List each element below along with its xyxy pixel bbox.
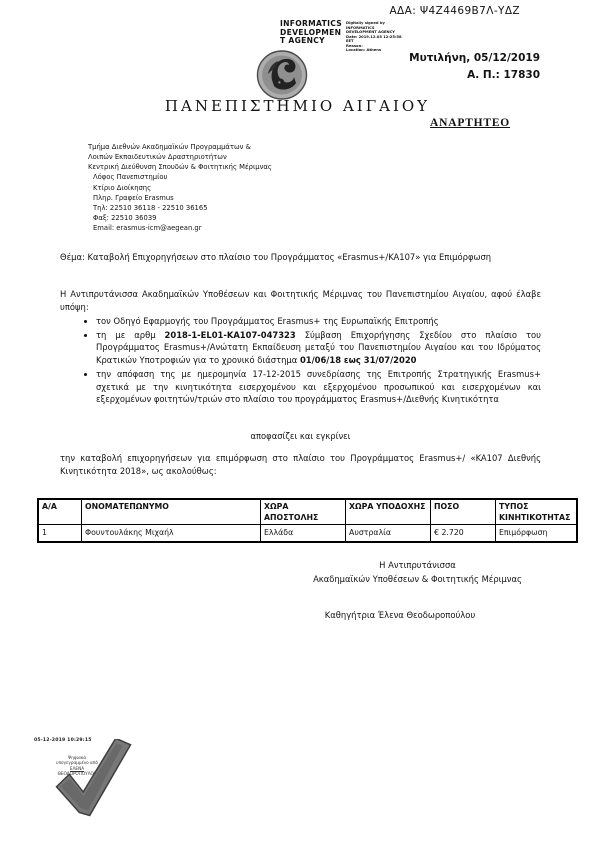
agreement-period: 01/06/18 εως 31/07/2020 xyxy=(300,355,417,365)
col-header-name: ΟΝΟΜΑΤΕΠΩΝΥΜΟ xyxy=(82,499,261,525)
cell-mobility-type: Επιμόρφωση xyxy=(496,525,578,543)
closing-paragraph: την καταβολή επιχορηγήσεων για επιμόρφωσ… xyxy=(60,452,541,478)
bullet-item: τον Οδηγό Εφαρμογής του Προγράμματος Era… xyxy=(96,315,541,328)
col-header-mobility-type: ΤΥΠΟΣ ΚΙΝΗΤΙΚΟΤΗΤΑΣ xyxy=(496,499,578,525)
dept-line: Λοιπών Εκπαιδευτικών Δραστηριοτήτων xyxy=(88,152,272,162)
signing-block: Η Αντιπρυτάνισσα Ακαδημαϊκών Υποθέσεων &… xyxy=(290,559,545,586)
signature-details-text: Digitally signed by INFORMATICS DEVELOPM… xyxy=(346,20,402,53)
grants-table: Α/Α ΟΝΟΜΑΤΕΠΩΝΥΜΟ ΧΩΡΑ ΑΠΟΣΤΟΛΗΣ ΧΩΡΑ ΥΠ… xyxy=(37,498,578,543)
dept-line: Κεντρική Διεύθυνση Σπουδών & Φοιτητικής … xyxy=(88,162,272,172)
cell-name: Φουντουλάκης Μιχαήλ xyxy=(82,525,261,543)
verification-stamp: 05-12-2019 10:29:15 Ψηφιακά υπογεγραμμέν… xyxy=(28,733,148,828)
cell-sending-country: Ελλάδα xyxy=(261,525,346,543)
fax-line: Φαξ: 22510 36039 xyxy=(88,213,272,223)
info-office-line: Πληρ. Γραφείο Erasmus xyxy=(88,193,272,203)
considerations-list: τον Οδηγό Εφαρμογής του Προγράμματος Era… xyxy=(60,315,541,407)
anartiteo-label: ΑΝΑΡΤΗΤΕΟ xyxy=(430,117,510,129)
ada-code: ΑΔΑ: Ψ4Ζ4469Β7Λ-ΥΔΖ xyxy=(0,5,520,17)
document-page: ΑΔΑ: Ψ4Ζ4469Β7Λ-ΥΔΖ INFORMATICS DEVELOPM… xyxy=(0,0,595,842)
university-title: ΠΑΝΕΠΙΣΤΗΜΙΟ ΑΙΓΑΙΟΥ xyxy=(0,97,595,115)
col-header-receiving-country: ΧΩΡΑ ΥΠΟΔΟΧΗΣ xyxy=(346,499,431,525)
email-line: Email: erasmus-icm@aegean.gr xyxy=(88,223,272,233)
dept-line: Τμήμα Διεθνών Ακαδημαϊκών Προγραμμάτων & xyxy=(88,142,272,152)
signer-department: Ακαδημαϊκών Υποθέσεων & Φοιτητικής Μέριμ… xyxy=(290,573,545,587)
table-row: 1 Φουντουλάκης Μιχαήλ Ελλάδα Αυστραλία €… xyxy=(38,525,577,543)
city-date: Μυτιλήνη, 05/12/2019 xyxy=(300,50,540,67)
signer-name: Καθηγήτρια Έλενα Θεοδωροπούλου xyxy=(265,610,535,620)
table-header-row: Α/Α ΟΝΟΜΑΤΕΠΩΝΥΜΟ ΧΩΡΑ ΑΠΟΣΤΟΛΗΣ ΧΩΡΑ ΥΠ… xyxy=(38,499,577,525)
agreement-number: 2018-1-EL01-KA107-047323 xyxy=(165,330,296,340)
decision-line: αποφασίζει και εγκρίνει xyxy=(60,431,541,441)
signing-agency-name: INFORMATICS DEVELOPMEN T AGENCY xyxy=(280,20,342,53)
phone-line: Τηλ: 22510 36118 - 22510 36165 xyxy=(88,203,272,213)
intro-paragraph: Η Αντιπρυτάνισσα Ακαδημαϊκών Υποθέσεων κ… xyxy=(60,288,541,314)
signer-title: Η Αντιπρυτάνισσα xyxy=(290,559,545,573)
bullet-item: τη με αρθμ 2018-1-EL01-KA107-047323 Σύμβ… xyxy=(96,329,541,367)
cell-index: 1 xyxy=(38,525,82,543)
bullet-text: τη με αρθμ xyxy=(96,330,165,340)
date-protocol-block: Μυτιλήνη, 05/12/2019 Α. Π.: 17830 xyxy=(300,50,540,84)
bullet-item: την απόφαση της με ημερομηνία 17-12-2015… xyxy=(96,368,541,406)
checkmark-icon xyxy=(46,739,138,821)
cell-amount: € 2.720 xyxy=(431,525,496,543)
col-header-sending-country: ΧΩΡΑ ΑΠΟΣΤΟΛΗΣ xyxy=(261,499,346,525)
subject-line: Θέμα: Καταβολή Επιχορηγήσεων στο πλαίσιο… xyxy=(60,251,541,264)
address-line: Λόφος Πανεπιστημίου xyxy=(88,172,272,182)
cell-receiving-country: Αυστραλία xyxy=(346,525,431,543)
department-contact-block: Τμήμα Διεθνών Ακαδημαϊκών Προγραμμάτων &… xyxy=(88,142,272,233)
building-line: Κτίριο Διοίκησης xyxy=(88,183,272,193)
digital-signature-stamp: INFORMATICS DEVELOPMEN T AGENCY Digitall… xyxy=(280,20,402,53)
protocol-number: Α. Π.: 17830 xyxy=(300,67,540,84)
col-header-index: Α/Α xyxy=(38,499,82,525)
col-header-amount: ΠΟΣΟ xyxy=(431,499,496,525)
